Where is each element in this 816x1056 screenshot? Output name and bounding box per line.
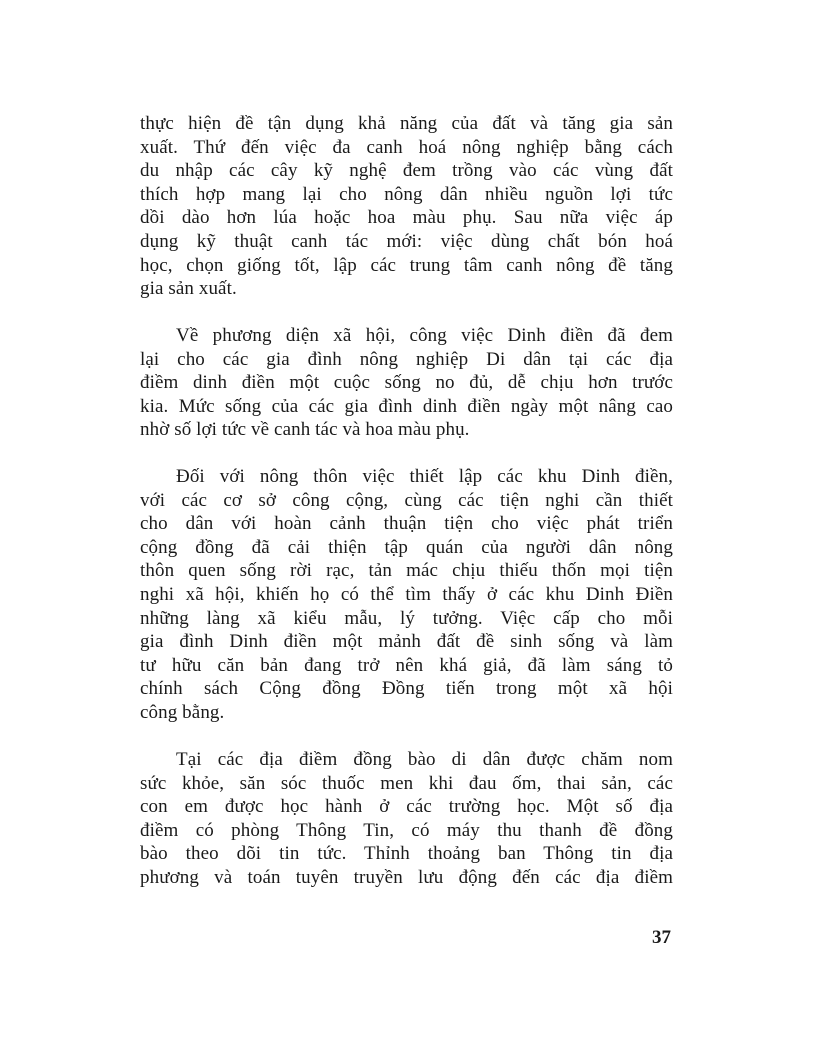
paragraph-1: thực hiện đề tận dụng khả năng của đất v… [140,112,673,301]
text-line: công bằng. [140,701,673,725]
text-line: lại cho các gia đình nông nghiệp Di dân … [140,348,673,372]
text-line: nghi xã hội, khiến họ có thể tìm thấy ở … [140,583,673,607]
paragraph-4: Tại các địa điềm đồng bào di dân được ch… [140,748,673,890]
text-line: chính sách Cộng đồng Đồng tiến trong một… [140,677,673,701]
text-line: bào theo dõi tin tức. Thỉnh thoảng ban T… [140,842,673,866]
text-line: dồi dào hơn lúa hoặc hoa màu phụ. Sau nữ… [140,206,673,230]
paragraph-3: Đối với nông thôn việc thiết lập các khu… [140,465,673,725]
text-line: Đối với nông thôn việc thiết lập các khu… [140,465,673,489]
text-line: gia sản xuất. [140,277,673,301]
text-line: học, chọn giống tốt, lập các trung tâm c… [140,254,673,278]
text-line: cộng đồng đã cải thiện tập quán của ngườ… [140,536,673,560]
text-line: cho dân với hoàn cảnh thuận tiện cho việ… [140,512,673,536]
text-line: sức khỏe, săn sóc thuốc men khi đau ốm, … [140,772,673,796]
document-page: thực hiện đề tận dụng khả năng của đất v… [0,0,816,1056]
text-line: thích hợp mang lại cho nông dân nhiều ng… [140,183,673,207]
text-line: phương và toán tuyên truyền lưu động đến… [140,866,673,890]
text-line: Về phương diện xã hội, công việc Dinh đi… [140,324,673,348]
page-number: 37 [652,927,671,949]
text-line: những làng xã kiểu mẫu, lý tưởng. Việc c… [140,607,673,631]
text-line: gia đình Dinh điền một mảnh đất đề sinh … [140,630,673,654]
text-line: nhờ số lợi tức về canh tác và hoa màu ph… [140,418,673,442]
text-line: kia. Mức sống của các gia đình dinh điền… [140,395,673,419]
text-line: con em được học hành ở các trường học. M… [140,795,673,819]
paragraph-2: Về phương diện xã hội, công việc Dinh đi… [140,324,673,442]
text-line: thực hiện đề tận dụng khả năng của đất v… [140,112,673,136]
text-line: với các cơ sở công cộng, cùng các tiện n… [140,489,673,513]
text-line: điềm dinh điền một cuộc sống no đủ, dễ c… [140,371,673,395]
text-line: Tại các địa điềm đồng bào di dân được ch… [140,748,673,772]
text-line: xuất. Thứ đến việc đa canh hoá nông nghi… [140,136,673,160]
text-line: dụng kỹ thuật canh tác mới: việc dùng ch… [140,230,673,254]
text-line: điềm có phòng Thông Tin, có máy thu than… [140,819,673,843]
text-line: du nhập các cây kỹ nghệ đem trồng vào cá… [140,159,673,183]
text-line: thôn quen sống rời rạc, tản mác chịu thi… [140,559,673,583]
text-line: tư hữu căn bản đang trở nên khá giả, đã … [140,654,673,678]
